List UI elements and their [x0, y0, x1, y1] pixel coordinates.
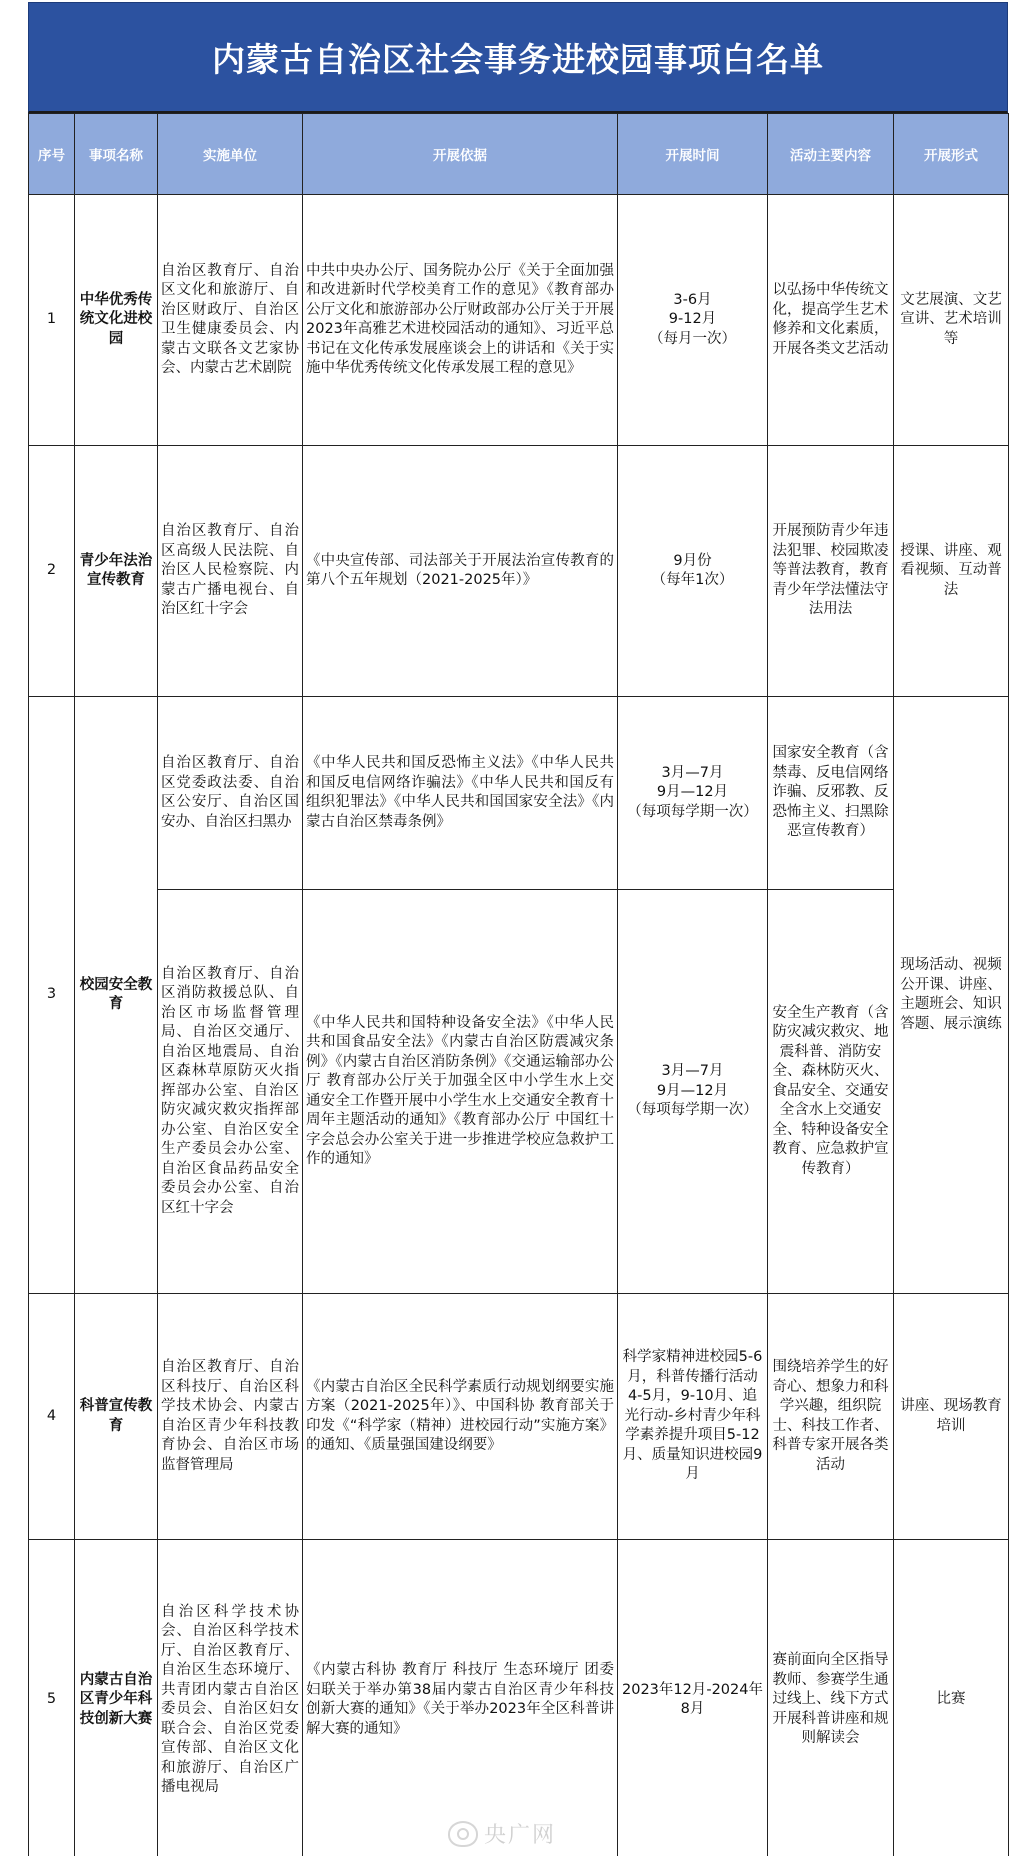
cell-form: 讲座、现场教育培训	[894, 1294, 1009, 1540]
cell-units: 自治区教育厅、自治区科技厅、自治区科学技术协会、内蒙古自治区青少年科技教育协会、…	[158, 1294, 303, 1540]
table-row: 自治区教育厅、自治区消防救援总队、自治区市场监督管理局、自治区交通厅、自治区地震…	[29, 890, 1009, 1294]
cell-no: 1	[29, 195, 75, 446]
column-header-name: 事项名称	[75, 114, 158, 195]
cell-units: 自治区教育厅、自治区党委政法委、自治区公安厅、自治区国安办、自治区扫黑办	[158, 697, 303, 890]
watermark-text: 央广网	[484, 1818, 556, 1849]
cell-no: 3	[29, 697, 75, 1294]
cell-no: 2	[29, 446, 75, 697]
cell-basis: 《中华人民共和国特种设备安全法》《中华人民共和国食品安全法》《内蒙古自治区防震减…	[303, 890, 618, 1294]
table-row: 5 内蒙古自治区青少年科技创新大赛 自治区科学技术协会、自治区科学技术厅、自治区…	[29, 1540, 1009, 1856]
cell-name: 青少年法治宣传教育	[75, 446, 158, 697]
column-header-basis: 开展依据	[303, 114, 618, 195]
document-page: 内蒙古自治区社会事务进校园事项白名单 序号 事项名称 实施单位 开展依据 开展时…	[28, 2, 1008, 1856]
cell-content: 围绕培养学生的好奇心、想象力和科学兴趣，组织院士、科技工作者、科普专家开展各类活…	[768, 1294, 894, 1540]
column-header-form: 开展形式	[894, 114, 1009, 195]
table-header-row: 序号 事项名称 实施单位 开展依据 开展时间 活动主要内容 开展形式	[29, 114, 1009, 195]
cell-content: 安全生产教育（含防灾减灾救灾、地震科普、消防安全、森林防灭火、食品安全、交通安全…	[768, 890, 894, 1294]
cell-form: 现场活动、视频公开课、讲座、主题班会、知识答题、展示演练	[894, 697, 1009, 1294]
cell-units: 自治区教育厅、自治区消防救援总队、自治区市场监督管理局、自治区交通厅、自治区地震…	[158, 890, 303, 1294]
cell-name: 中华优秀传统文化进校园	[75, 195, 158, 446]
cell-basis: 《中央宣传部、司法部关于开展法治宣传教育的第八个五年规划（2021-2025年）…	[303, 446, 618, 697]
cell-basis: 《中华人民共和国反恐怖主义法》《中华人民共和国反电信网络诈骗法》《中华人民共和国…	[303, 697, 618, 890]
cell-content: 开展预防青少年违法犯罪、校园欺凌等普法教育，教育青少年学法懂法守法用法	[768, 446, 894, 697]
cell-basis: 中共中央办公厅、国务院办公厅《关于全面加强和改进新时代学校美育工作的意见》《教育…	[303, 195, 618, 446]
table-row: 3 校园安全教育 自治区教育厅、自治区党委政法委、自治区公安厅、自治区国安办、自…	[29, 697, 1009, 890]
cell-basis: 《内蒙古科协 教育厅 科技厅 生态环境厅 团委 妇联关于举办第38届内蒙古自治区…	[303, 1540, 618, 1856]
cell-form: 比赛	[894, 1540, 1009, 1856]
column-header-content: 活动主要内容	[768, 114, 894, 195]
cell-content: 赛前面向全区指导教师、参赛学生通过线上、线下方式开展科普讲座和规则解读会	[768, 1540, 894, 1856]
cell-time: 9月份 （每年1次）	[618, 446, 768, 697]
cell-units: 自治区科学技术协会、自治区科学技术厅、自治区教育厅、自治区生态环境厅、共青团内蒙…	[158, 1540, 303, 1856]
cell-time: 3月—7月 9月—12月 （每项每学期一次）	[618, 890, 768, 1294]
cell-name: 校园安全教育	[75, 697, 158, 1294]
column-header-time: 开展时间	[618, 114, 768, 195]
cell-basis: 《内蒙古自治区全民科学素质行动规划纲要实施方案（2021-2025年）》、中国科…	[303, 1294, 618, 1540]
cell-content: 国家安全教育（含禁毒、反电信网络诈骗、反邪教、反恐怖主义、扫黑除恶宣传教育）	[768, 697, 894, 890]
table-row: 2 青少年法治宣传教育 自治区教育厅、自治区高级人民法院、自治区人民检察院、内蒙…	[29, 446, 1009, 697]
cell-content: 以弘扬中华传统文化，提高学生艺术修养和文化素质，开展各类文艺活动	[768, 195, 894, 446]
title-band: 内蒙古自治区社会事务进校园事项白名单	[28, 2, 1008, 113]
watermark: 央广网	[448, 1818, 556, 1849]
cell-no: 4	[29, 1294, 75, 1540]
page-title: 内蒙古自治区社会事务进校园事项白名单	[212, 34, 824, 81]
cell-units: 自治区教育厅、自治区文化和旅游厅、自治区财政厅、自治区卫生健康委员会、内蒙古文联…	[158, 195, 303, 446]
column-header-no: 序号	[29, 114, 75, 195]
cell-time: 3月—7月 9月—12月 （每项每学期一次）	[618, 697, 768, 890]
cell-name: 内蒙古自治区青少年科技创新大赛	[75, 1540, 158, 1856]
table-row: 1 中华优秀传统文化进校园 自治区教育厅、自治区文化和旅游厅、自治区财政厅、自治…	[29, 195, 1009, 446]
cell-name: 科普宣传教育	[75, 1294, 158, 1540]
cell-units: 自治区教育厅、自治区高级人民法院、自治区人民检察院、内蒙古广播电视台、自治区红十…	[158, 446, 303, 697]
cell-form: 授课、讲座、观看视频、互动普法	[894, 446, 1009, 697]
cell-no: 5	[29, 1540, 75, 1856]
cell-time: 科学家精神进校园5-6月，科普传播行活动4-5月，9-10月、追光行动-乡村青少…	[618, 1294, 768, 1540]
whitelist-table: 序号 事项名称 实施单位 开展依据 开展时间 活动主要内容 开展形式 1 中华优…	[28, 113, 1009, 1856]
table-row: 4 科普宣传教育 自治区教育厅、自治区科技厅、自治区科学技术协会、内蒙古自治区青…	[29, 1294, 1009, 1540]
weibo-icon	[448, 1821, 478, 1847]
cell-form: 文艺展演、文艺宣讲、艺术培训等	[894, 195, 1009, 446]
cell-time: 3-6月 9-12月 （每月一次）	[618, 195, 768, 446]
column-header-units: 实施单位	[158, 114, 303, 195]
cell-time: 2023年12月-2024年8月	[618, 1540, 768, 1856]
